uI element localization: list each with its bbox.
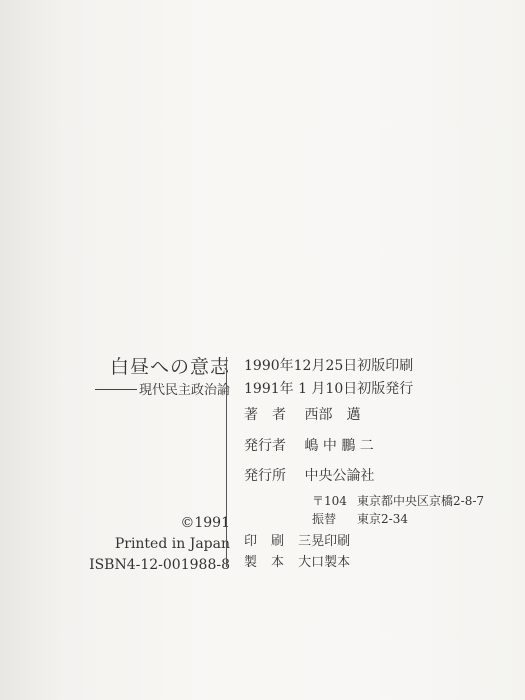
printed-in: Printed in Japan [89,534,230,555]
transfer-account-number: 東京2-34 [357,512,408,526]
credit-label: 著 者 [244,404,300,424]
publisher-name: 嶋 中 鵬 二 [304,435,373,455]
production-binder: 製本 大口製本 [244,551,350,570]
binder-name: 大口製本 [298,551,350,570]
publishing-house-name: 中央公論社 [304,465,374,485]
production-label: 製本 [244,551,294,570]
credit-publishing-house: 発行所 中央公論社 [244,465,374,485]
copyright-year: ©1991 [89,513,230,534]
transfer-label: 振替 [312,510,357,527]
copyright-block: ©1991 Printed in Japan ISBN4-12-001988-8 [89,513,230,576]
vertical-divider [226,357,227,567]
postal-code: 〒104 [312,492,357,509]
transfer-account: 振替東京2-34 [312,510,408,527]
address-text: 東京都中央区京橋2-8-7 [357,494,484,508]
postal-address: 〒104東京都中央区京橋2-8-7 [312,492,484,509]
credit-label: 発行者 [244,435,300,455]
credit-label: 発行所 [244,465,300,485]
book-title: 白昼への意志 [110,352,230,379]
em-dash-rule [95,389,137,390]
production-label: 印刷 [244,530,294,549]
subtitle-text: 現代民主政治論 [139,383,230,398]
credit-publisher-person: 発行者 嶋 中 鵬 二 [244,435,374,455]
isbn: ISBN4-12-001988-8 [89,555,230,576]
credit-author: 著 者 西部 邁 [244,404,360,424]
production-printer: 印刷 三晃印刷 [244,530,350,549]
printer-name: 三晃印刷 [298,530,350,549]
colophon-page: 白昼への意志 現代民主政治論 ©1991 Printed in Japan IS… [0,0,525,700]
book-subtitle: 現代民主政治論 [95,379,230,398]
author-name: 西部 邁 [304,404,360,424]
edition-print-date: 1990年12月25日初版印刷 [244,355,413,375]
edition-publish-date: 1991年 1 月10日初版発行 [244,378,413,398]
